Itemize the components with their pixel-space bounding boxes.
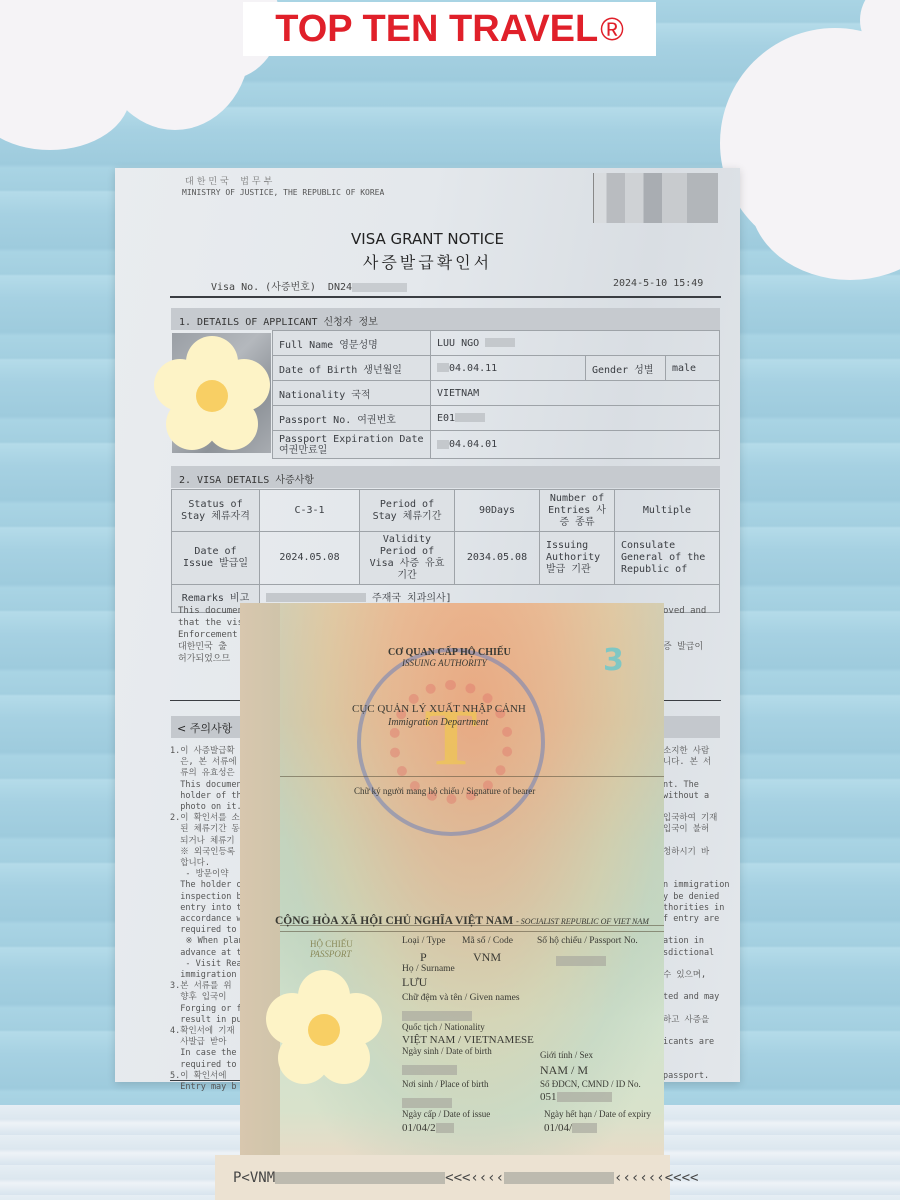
brand-logo: TOP TEN TRAVEL®: [243, 2, 656, 56]
statement-text-right: oved and 증 발급이: [663, 605, 706, 665]
visa-number: Visa No. (사증번호) DN24: [211, 278, 407, 293]
registered-mark: ®: [600, 11, 624, 48]
passport-edge-redacted: [240, 603, 280, 1200]
dob-value: 04.04.11: [431, 356, 586, 381]
sex-value: NAM / M: [540, 1063, 588, 1078]
passport-no-value: E01: [431, 406, 720, 431]
notice-title-kr: 사증발급확인서: [115, 250, 740, 273]
gender-label: Gender 성별: [586, 356, 666, 381]
entries-label: Number of Entries 사증 종류: [540, 490, 615, 532]
id-no-value: 051: [540, 1091, 612, 1103]
passport-page: T 3 CƠ QUAN CẤP HỘ CHIẾU ISSUING AUTHORI…: [240, 603, 664, 1200]
country-name: CỘNG HÒA XÃ HỘI CHỦ NGHĨA VIỆT NAM - SOC…: [275, 915, 649, 927]
table-row: Full Name 영문성명 LUU NGO: [273, 331, 720, 356]
status-of-stay-value: C-3-1: [260, 490, 360, 532]
code-label: Mã số / Code: [462, 936, 513, 946]
department-vn: CỤC QUẢN LÝ XUẤT NHẬP CẢNH: [352, 703, 526, 715]
notice-title-en: VISA GRANT NOTICE: [115, 230, 740, 248]
passport-expiry-label: Passport Expiration Date 여권만료일: [273, 431, 431, 459]
page-number: 3: [603, 643, 624, 678]
barcode-redacted: [593, 173, 718, 223]
passport-expiry-value: 04.04.01: [431, 431, 720, 459]
table-row: Date of Issue 발급일 2024.05.08 Validity Pe…: [172, 532, 720, 585]
watermark-stamp: T: [357, 648, 545, 836]
code-value: VNM: [473, 950, 501, 965]
ministry-en: MINISTRY OF JUSTICE, THE REPUBLIC OF KOR…: [182, 188, 384, 197]
caution-text-right: 소지한 사람니다. 본 서 nt. Thewithout a 입국하여 기재입국…: [663, 746, 730, 1082]
caution-text-left: 1.이 사증발급확 은, 본 서류에 류의 유효성은 This document…: [170, 746, 249, 1093]
passport-number-label: Số hộ chiếu / Passport No.: [537, 936, 638, 946]
type-value: P: [420, 950, 427, 965]
type-label: Loại / Type: [402, 936, 445, 946]
date-of-expiry-value: 01/04/: [544, 1122, 597, 1134]
table-row: Passport Expiration Date 여권만료일 04.04.01: [273, 431, 720, 459]
table-row: Nationality 국적 VIETNAM: [273, 381, 720, 406]
table-row: Status of Stay 체류자격 C-3-1 Period of Stay…: [172, 490, 720, 532]
divider: [280, 776, 664, 777]
passport-no-label: Passport No. 여권번호: [273, 406, 431, 431]
issuing-authority-vn: CƠ QUAN CẤP HỘ CHIẾU: [388, 647, 511, 658]
surname-label: Họ / Surname: [402, 964, 455, 974]
validity-label: Validity Period of Visa 사증 유효기간: [360, 532, 455, 585]
nationality-value: VIETNAM: [431, 381, 720, 406]
dob-redacted: [402, 1061, 457, 1079]
dob-label: Ngày sinh / Date of birth: [402, 1046, 492, 1056]
given-names-label: Chữ đệm và tên / Given names: [402, 993, 520, 1003]
issuing-authority-value: Consulate General of the Republic of: [615, 532, 720, 585]
issuing-authority-en: ISSUING AUTHORITY: [402, 658, 487, 668]
validity-value: 2034.05.08: [455, 532, 540, 585]
gender-value: male: [666, 356, 720, 381]
mrz-line: P<VNM<<<‹‹‹‹‹‹‹‹‹‹<<<<: [233, 1170, 698, 1186]
nationality-label: Nationality 국적: [273, 381, 431, 406]
place-of-birth-label: Nơi sinh / Place of birth: [402, 1079, 489, 1089]
period-of-stay-label: Period of Stay 체류기간: [360, 490, 455, 532]
table-row: Date of Birth 생년월일 04.04.11 Gender 성별 ma…: [273, 356, 720, 381]
visa-no-value: DN24: [328, 282, 352, 293]
date-of-issue-value: 01/04/2: [402, 1122, 454, 1134]
sex-label: Giới tính / Sex: [540, 1050, 593, 1060]
dob-label: Date of Birth 생년월일: [273, 356, 431, 381]
department-en: Immigration Department: [388, 717, 488, 728]
doc-type-en: PASSPORT: [310, 949, 351, 959]
passport-number-value-redacted: [556, 952, 606, 970]
issuing-authority-label: Issuing Authority 발급 기관: [540, 532, 615, 585]
id-no-label: Số ĐDCN, CMND / ID No.: [540, 1079, 641, 1089]
entries-value: Multiple: [615, 490, 720, 532]
date-of-issue-value: 2024.05.08: [260, 532, 360, 585]
applicant-section-heading: 1. DETAILS OF APPLICANT 신청자 정보: [171, 308, 720, 330]
full-name-label: Full Name 영문성명: [273, 331, 431, 356]
ministry-kr: 대한민국 법무부: [185, 174, 275, 187]
table-row: Passport No. 여권번호 E01: [273, 406, 720, 431]
visa-section-heading: 2. VISA DETAILS 사증사항: [171, 466, 720, 488]
divider: [280, 931, 664, 932]
statement-text-left: This documenthat the visEnforcement대한민국 …: [178, 605, 243, 665]
issued-timestamp: 2024-5-10 15:49: [613, 278, 703, 289]
flower-sticker: [262, 968, 386, 1092]
doc-type-vn: HỘ CHIẾU: [310, 939, 353, 949]
period-of-stay-value: 90Days: [455, 490, 540, 532]
status-of-stay-label: Status of Stay 체류자격: [172, 490, 260, 532]
visa-details-table: Status of Stay 체류자격 C-3-1 Period of Stay…: [171, 489, 720, 613]
brand-name: TOP TEN TRAVEL: [275, 8, 598, 51]
date-of-expiry-label: Ngày hết hạn / Date of expiry: [544, 1109, 651, 1119]
signature-label: Chữ ký người mang hộ chiếu / Signature o…: [354, 786, 535, 796]
applicant-table: Full Name 영문성명 LUU NGO Date of Birth 생년월…: [272, 330, 720, 459]
date-of-issue-label: Date of Issue 발급일: [172, 532, 260, 585]
divider: [170, 296, 721, 298]
surname-value: LƯU: [402, 975, 427, 990]
full-name-value: LUU NGO: [431, 331, 720, 356]
nationality-value: VIỆT NAM / VIETNAMESE: [402, 1034, 534, 1046]
visa-no-label: Visa No. (사증번호): [211, 282, 316, 293]
nationality-label: Quốc tịch / Nationality: [402, 1022, 485, 1032]
flower-sticker: [150, 334, 274, 458]
date-of-issue-label: Ngày cấp / Date of issue: [402, 1109, 490, 1119]
